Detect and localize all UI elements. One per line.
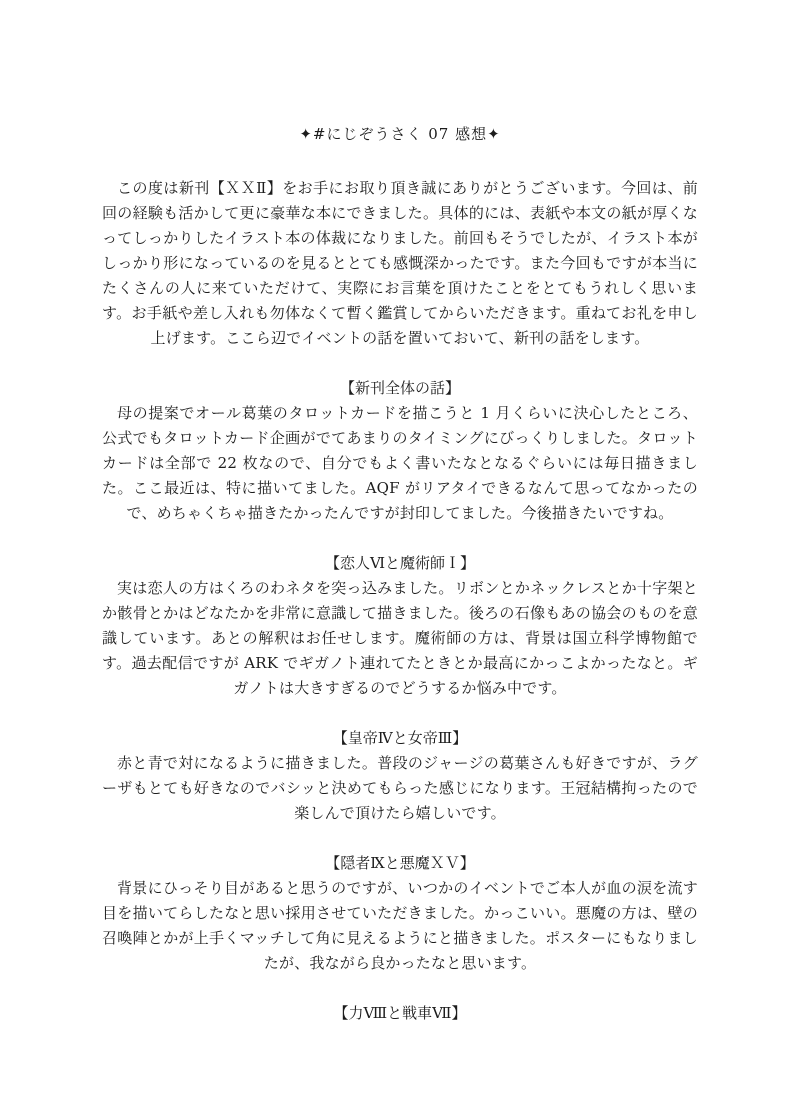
paragraph: 実は恋人の方はくろのわネタを突っ込みました。リボンとかネックレスとか十字架とか骸… bbox=[102, 576, 698, 701]
section-chikara-sensha: 【力Ⅷと戦車Ⅶ】 bbox=[102, 1001, 698, 1026]
section-heading: 【力Ⅷと戦車Ⅶ】 bbox=[102, 1001, 698, 1026]
paragraph: この度は新刊【ＸＸⅡ】をお手にお取り頂き誠にありがとうございます。今回は、前回の… bbox=[102, 176, 698, 351]
section-shinkan-zentai: 【新刊全体の話】 母の提案でオール葛葉のタロットカードを描こうと 1 月くらいに… bbox=[102, 376, 698, 526]
section-inja-akuma: 【隠者Ⅸと悪魔ＸＶ】 背景にひっそり目があると思うのですが、いつかのイベントでご… bbox=[102, 851, 698, 976]
section-heading: 【恋人Ⅵと魔術師Ｉ】 bbox=[102, 551, 698, 576]
document-page: { "document": { "title": "✦#にじぞうさく 07 感想… bbox=[0, 0, 800, 1093]
section-heading: 【皇帝Ⅳと女帝Ⅲ】 bbox=[102, 726, 698, 751]
paragraph: 背景にひっそり目があると思うのですが、いつかのイベントでご本人が血の涙を流す目を… bbox=[102, 876, 698, 976]
paragraph: 母の提案でオール葛葉のタロットカードを描こうと 1 月くらいに決心したところ、公… bbox=[102, 401, 698, 526]
section-heading: 【隠者Ⅸと悪魔ＸＶ】 bbox=[102, 851, 698, 876]
page-body: ✦#にじぞうさく 07 感想✦ この度は新刊【ＸＸⅡ】をお手にお取り頂き誠にあり… bbox=[102, 0, 698, 1026]
section-intro: この度は新刊【ＸＸⅡ】をお手にお取り頂き誠にありがとうございます。今回は、前回の… bbox=[102, 176, 698, 351]
section-heading: 【新刊全体の話】 bbox=[102, 376, 698, 401]
paragraph: 赤と青で対になるように描きました。普段のジャージの葛葉さんも好きですが、ラグーザ… bbox=[102, 751, 698, 826]
page-title: ✦#にじぞうさく 07 感想✦ bbox=[102, 122, 698, 147]
section-koutei-jotei: 【皇帝Ⅳと女帝Ⅲ】 赤と青で対になるように描きました。普段のジャージの葛葉さんも… bbox=[102, 726, 698, 826]
section-koibito-majutsushi: 【恋人Ⅵと魔術師Ｉ】 実は恋人の方はくろのわネタを突っ込みました。リボンとかネッ… bbox=[102, 551, 698, 701]
